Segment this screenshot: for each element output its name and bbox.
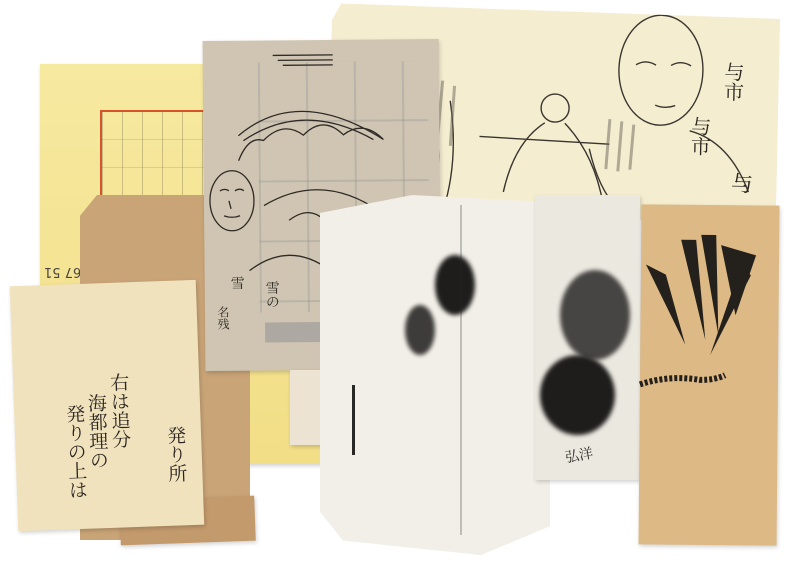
ink-blot	[435, 255, 475, 315]
calligraphy-2: 与市	[689, 116, 710, 156]
ink-stroke	[352, 385, 355, 455]
address-line-3: 発りの上は	[64, 404, 86, 500]
address-line-2: 海都理の	[86, 393, 108, 470]
cream-envelope: 右は追分 海都理の 発りの上は 発り所	[10, 280, 204, 531]
bamboo-woodblock-sheet	[639, 204, 780, 545]
ink-blot	[540, 355, 615, 435]
signature: 弘洋	[563, 443, 594, 468]
address-line-4: 発り所	[165, 425, 186, 483]
white-ink-paper	[320, 195, 550, 555]
calligraphy-1: 与市	[722, 62, 743, 102]
paper-fold	[460, 205, 462, 535]
address-line-1: 右は追分	[108, 372, 130, 449]
note-left-3: 名残	[217, 306, 229, 330]
ink-blot	[405, 305, 435, 355]
pencil-note: 67 51	[44, 264, 81, 279]
ink-blot	[560, 270, 630, 360]
calligraphy-3: 与	[728, 172, 750, 194]
note-left-2: 雪の	[265, 280, 279, 308]
bamboo-snake-print	[639, 204, 780, 545]
note-left-1: 雪	[230, 276, 244, 290]
ink-wash-sheet: 弘洋	[535, 195, 640, 480]
